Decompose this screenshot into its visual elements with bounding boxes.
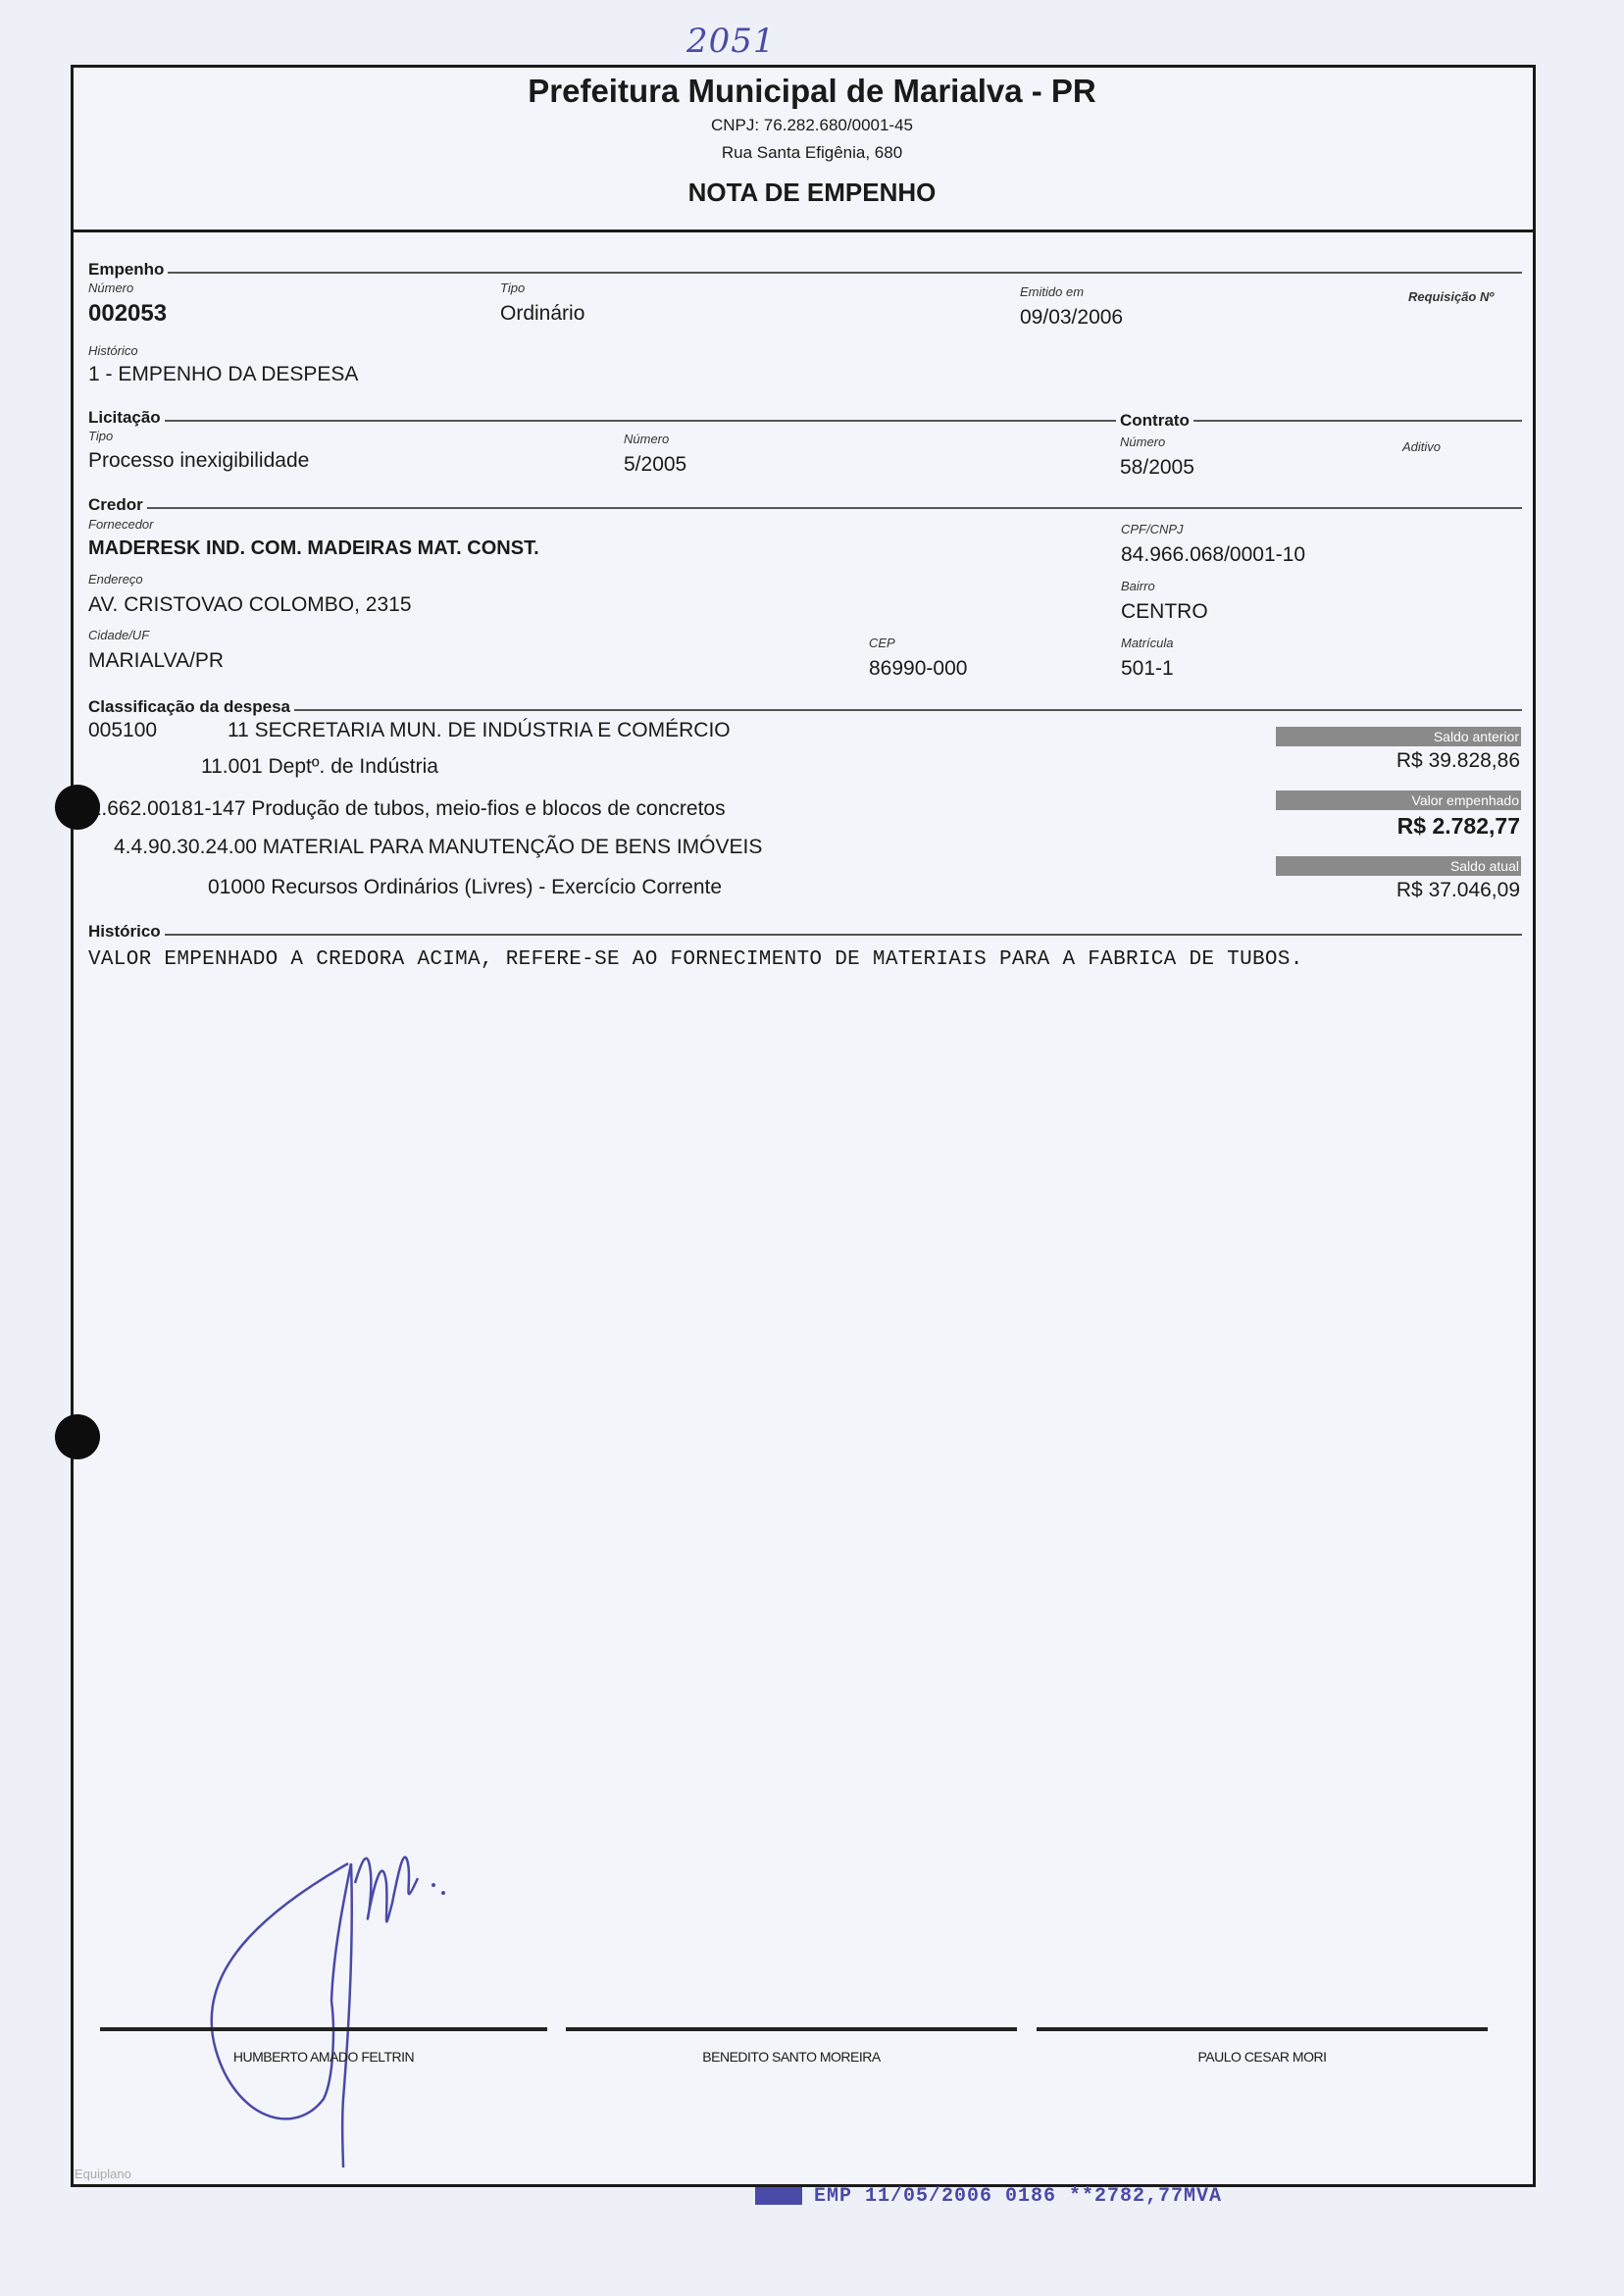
municipality-cnpj: CNPJ: 76.282.680/0001-45 xyxy=(0,116,1624,135)
signature-line-2 xyxy=(566,2027,1017,2031)
handwritten-signature xyxy=(186,1805,500,2168)
cpf-value: 84.966.068/0001-10 xyxy=(1121,543,1305,567)
cep-label: CEP xyxy=(869,636,895,650)
saldo-atual-value: R$ 37.046,09 xyxy=(1396,879,1520,902)
licitacao-rule xyxy=(88,420,1522,422)
signatory-1: HUMBERTO AMADO FELTRIN xyxy=(100,2049,547,2065)
empenho-historico: 1 - EMPENHO DA DESPESA xyxy=(88,363,358,386)
empenho-tipo-label: Tipo xyxy=(500,281,525,295)
matricula-value: 501-1 xyxy=(1121,657,1174,681)
classificacao-orgao: 11 SECRETARIA MUN. DE INDÚSTRIA E COMÉRC… xyxy=(228,719,731,742)
section-licitacao: Licitação xyxy=(88,408,165,428)
classificacao-recurso: 01000 Recursos Ordinários (Livres) - Exe… xyxy=(208,876,722,899)
document-title: NOTA DE EMPENHO xyxy=(0,178,1624,208)
valor-empenhado-label: Valor empenhado xyxy=(1276,791,1521,810)
signature-line-1 xyxy=(100,2027,547,2031)
classificacao-code: 005100 xyxy=(88,719,157,742)
punch-hole-icon xyxy=(55,785,100,830)
matricula-label: Matrícula xyxy=(1121,636,1173,650)
valor-empenhado-value: R$ 2.782,77 xyxy=(1397,813,1520,840)
section-historico: Histórico xyxy=(88,922,165,942)
empenho-rule xyxy=(88,272,1522,274)
punch-hole-icon xyxy=(55,1414,100,1459)
credor-rule xyxy=(88,507,1522,509)
empenho-numero-label: Número xyxy=(88,281,133,295)
saldo-atual-label: Saldo atual xyxy=(1276,856,1521,876)
signatory-2: BENEDITO SANTO MOREIRA xyxy=(566,2049,1017,2065)
historico-text: VALOR EMPENHADO A CREDORA ACIMA, REFERE-… xyxy=(88,948,1303,971)
section-contrato: Contrato xyxy=(1116,411,1193,431)
section-classificacao: Classificação da despesa xyxy=(88,697,294,717)
fornecedor-name: MADERESK IND. COM. MADEIRAS MAT. CONST. xyxy=(88,537,539,560)
licitacao-tipo: Processo inexigibilidade xyxy=(88,449,309,473)
bairro-label: Bairro xyxy=(1121,579,1155,593)
classificacao-unidade: 11.001 Deptº. de Indústria xyxy=(201,755,438,779)
signatory-3: PAULO CESAR MORI xyxy=(1037,2049,1488,2065)
software-brand: Equiplano xyxy=(75,2167,131,2181)
licitacao-numero: 5/2005 xyxy=(624,453,686,477)
licitacao-numero-label: Número xyxy=(624,432,669,446)
empenho-tipo: Ordinário xyxy=(500,302,584,326)
section-credor: Credor xyxy=(88,495,147,515)
bairro-value: CENTRO xyxy=(1121,600,1208,624)
fornecedor-label: Fornecedor xyxy=(88,517,153,532)
empenho-historico-label: Histórico xyxy=(88,343,138,358)
handwritten-page-number: 2051 xyxy=(686,22,776,61)
emitido-label: Emitido em xyxy=(1020,284,1084,299)
municipality-title: Prefeitura Municipal de Marialva - PR xyxy=(0,73,1624,110)
saldo-anterior-label: Saldo anterior xyxy=(1276,727,1521,746)
header-divider xyxy=(71,230,1536,232)
licitacao-tipo-label: Tipo xyxy=(88,429,113,443)
bank-authentication-stamp: EMP 11/05/2006 0186 **2782,77MVA xyxy=(814,2185,1222,2208)
cidade-value: MARIALVA/PR xyxy=(88,649,224,673)
section-empenho: Empenho xyxy=(88,260,168,280)
contrato-numero: 58/2005 xyxy=(1120,456,1194,480)
contrato-numero-label: Número xyxy=(1120,434,1165,449)
requisicao-label: Requisição Nº xyxy=(1408,289,1494,304)
endereco-label: Endereço xyxy=(88,572,143,587)
endereco-value: AV. CRISTOVAO COLOMBO, 2315 xyxy=(88,593,412,617)
empenho-numero: 002053 xyxy=(88,300,167,328)
saldo-anterior-value: R$ 39.828,86 xyxy=(1396,749,1520,773)
historico-rule xyxy=(88,934,1522,936)
municipality-address: Rua Santa Efigênia, 680 xyxy=(0,143,1624,163)
signature-line-3 xyxy=(1037,2027,1488,2031)
contrato-aditivo-label: Aditivo xyxy=(1402,439,1441,454)
classificacao-funcional: 22.662.00181-147 Produção de tubos, meio… xyxy=(78,797,726,821)
cep-value: 86990-000 xyxy=(869,657,967,681)
cpf-label: CPF/CNPJ xyxy=(1121,522,1184,536)
classificacao-elemento: 4.4.90.30.24.00 MATERIAL PARA MANUTENÇÃO… xyxy=(114,836,762,859)
bank-logo-icon xyxy=(755,2187,802,2205)
classificacao-rule xyxy=(88,709,1522,711)
cidade-label: Cidade/UF xyxy=(88,628,149,642)
emitido-date: 09/03/2006 xyxy=(1020,306,1123,330)
